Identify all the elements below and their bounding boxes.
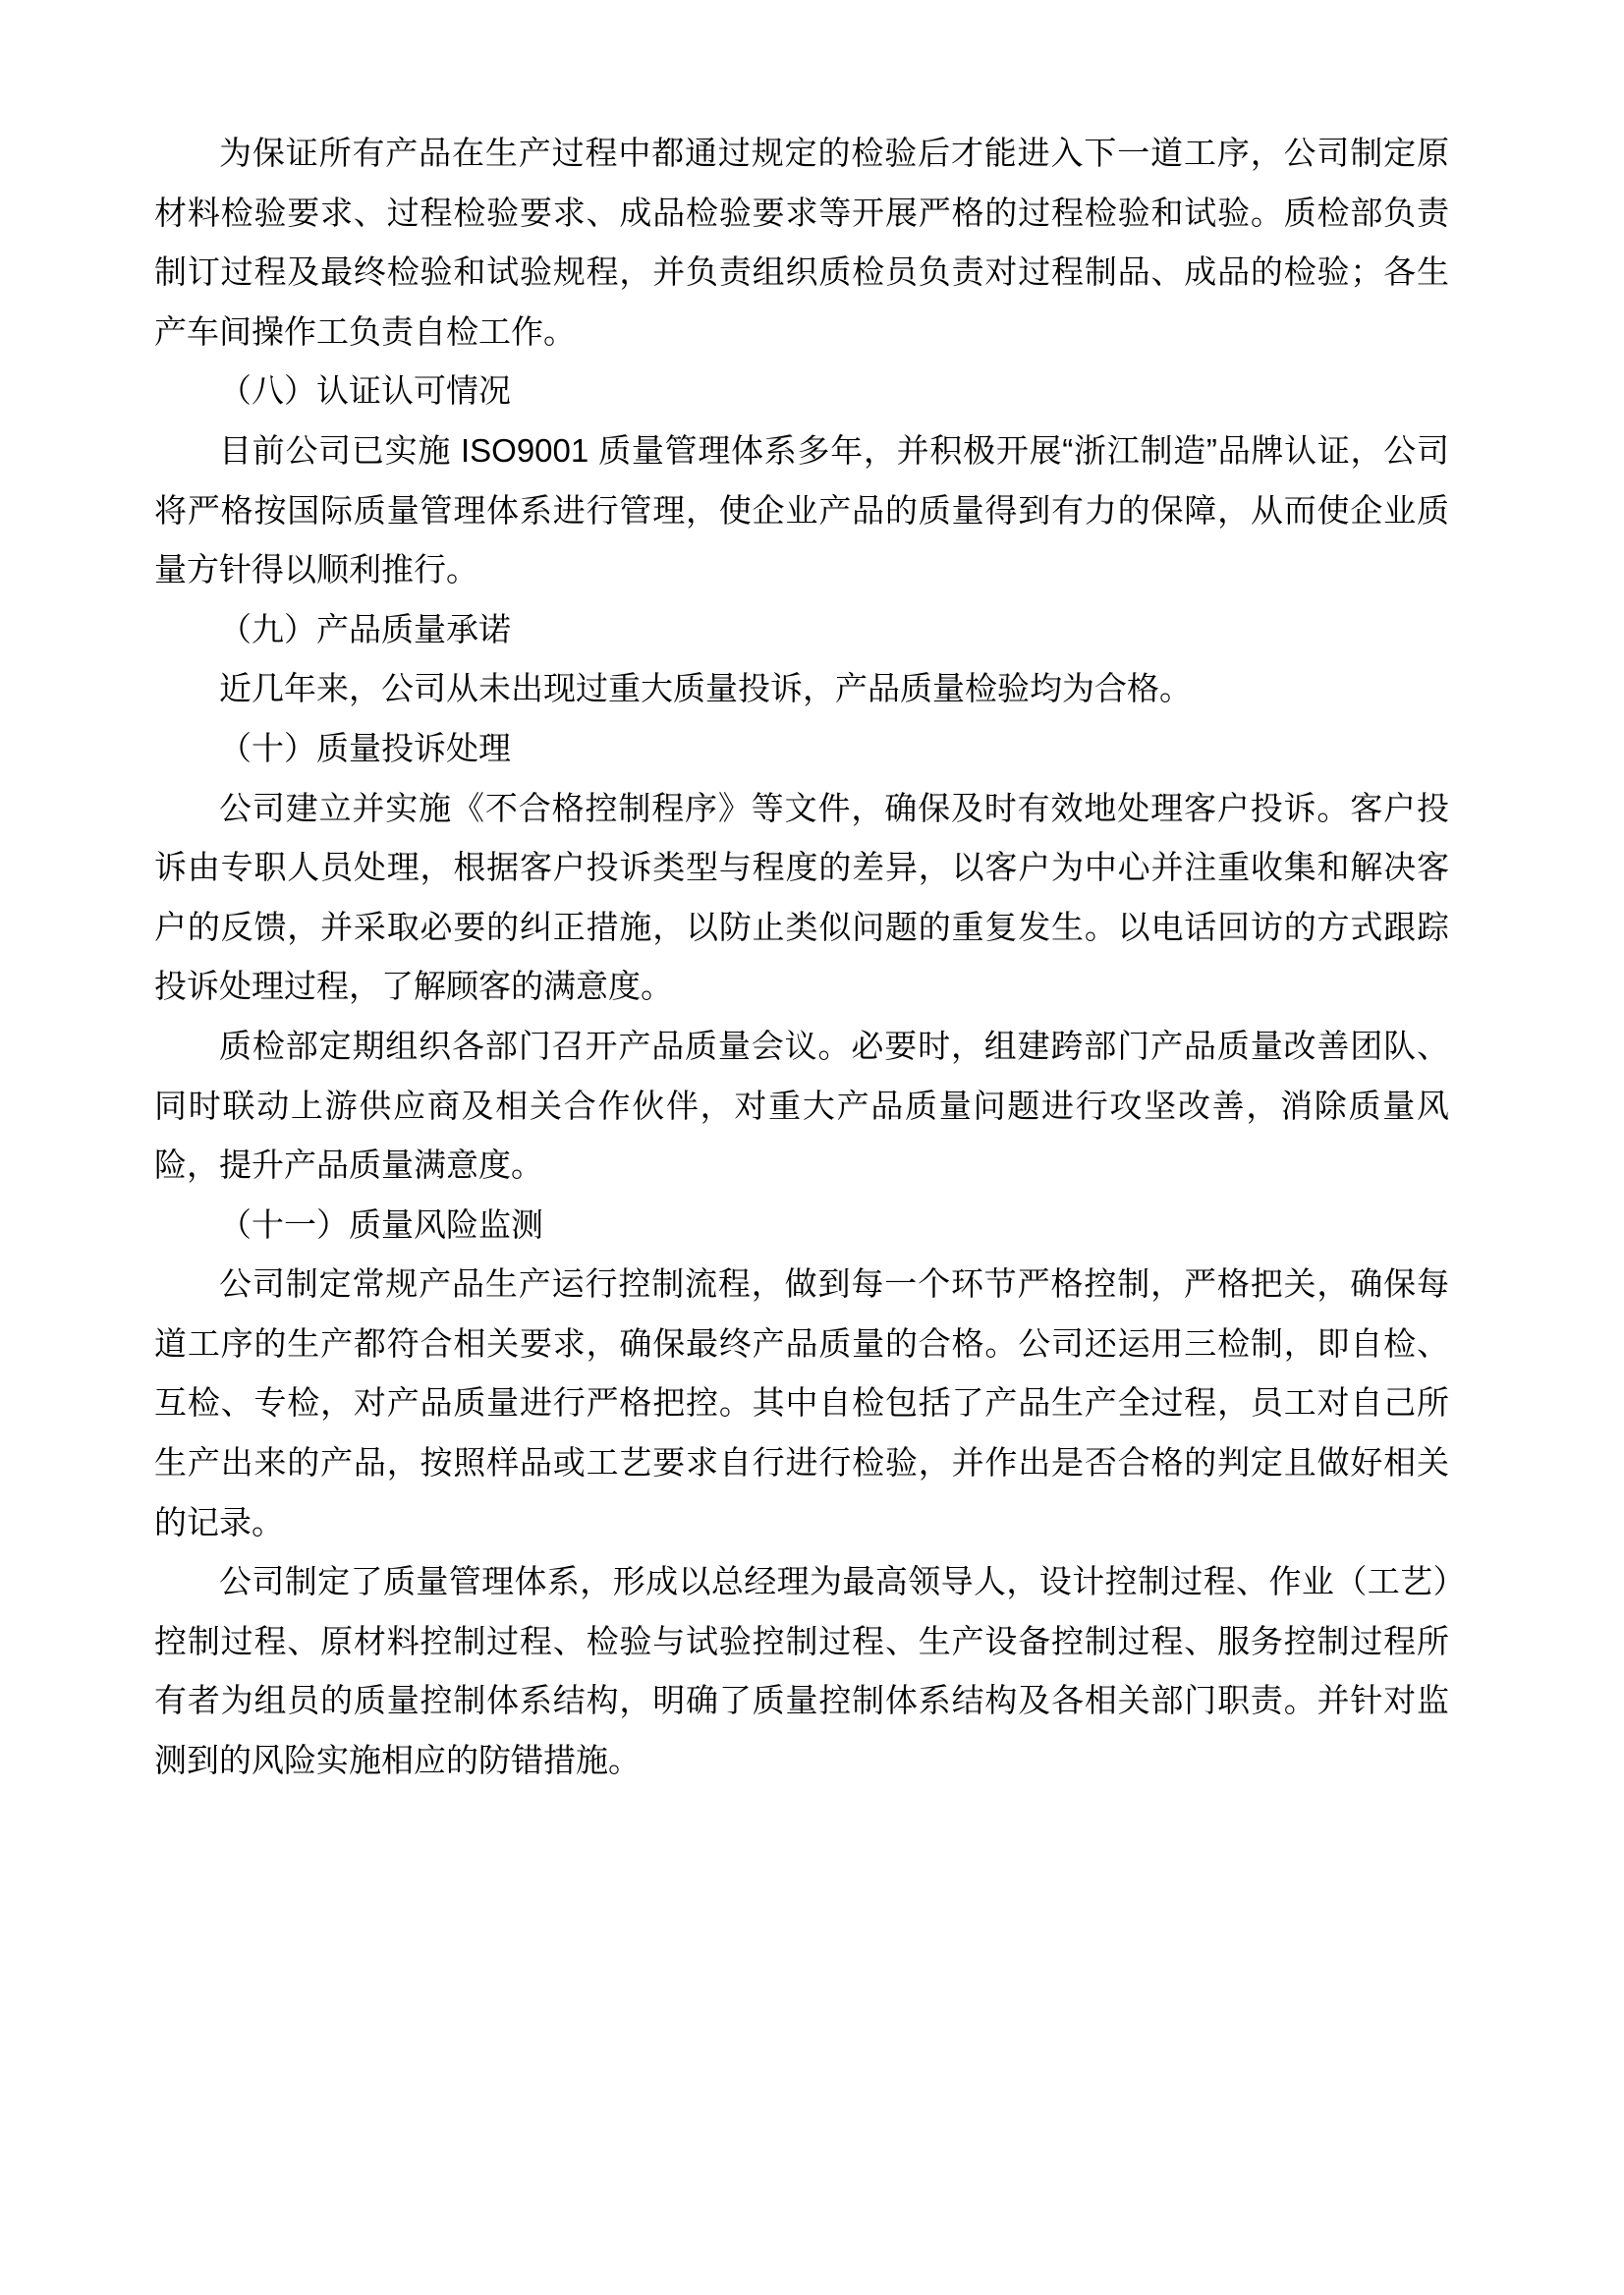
paragraph: 公司制定常规产品生产运行控制流程，做到每一个环节严格控制，严格把关，确保每道工序… bbox=[154, 1255, 1449, 1552]
section-heading: （八）认证认可情况 bbox=[154, 362, 1449, 421]
paragraph: 公司建立并实施《不合格控制程序》等文件，确保及时有效地处理客户投诉。客户投诉由专… bbox=[154, 779, 1449, 1017]
paragraph: 目前公司已实施 ISO9001 质量管理体系多年，并积极开展“浙江制造”品牌认证… bbox=[154, 421, 1449, 600]
paragraph: 近几年来，公司从未出现过重大质量投诉，产品质量检验均为合格。 bbox=[154, 659, 1449, 719]
section-heading: （十一）质量风险监测 bbox=[154, 1196, 1449, 1256]
paragraph: 质检部定期组织各部门召开产品质量会议。必要时，组建跨部门产品质量改善团队、同时联… bbox=[154, 1017, 1449, 1196]
document-page: 为保证所有产品在生产过程中都通过规定的检验后才能进入下一道工序，公司制定原材料检… bbox=[0, 0, 1624, 2295]
paragraph: 为保证所有产品在生产过程中都通过规定的检验后才能进入下一道工序，公司制定原材料检… bbox=[154, 124, 1449, 362]
document-text-body: 为保证所有产品在生产过程中都通过规定的检验后才能进入下一道工序，公司制定原材料检… bbox=[154, 124, 1449, 1791]
section-heading: （十）质量投诉处理 bbox=[154, 719, 1449, 779]
section-heading: （九）产品质量承诺 bbox=[154, 600, 1449, 660]
paragraph: 公司制定了质量管理体系，形成以总经理为最高领导人，设计控制过程、作业（工艺）控制… bbox=[154, 1552, 1449, 1790]
